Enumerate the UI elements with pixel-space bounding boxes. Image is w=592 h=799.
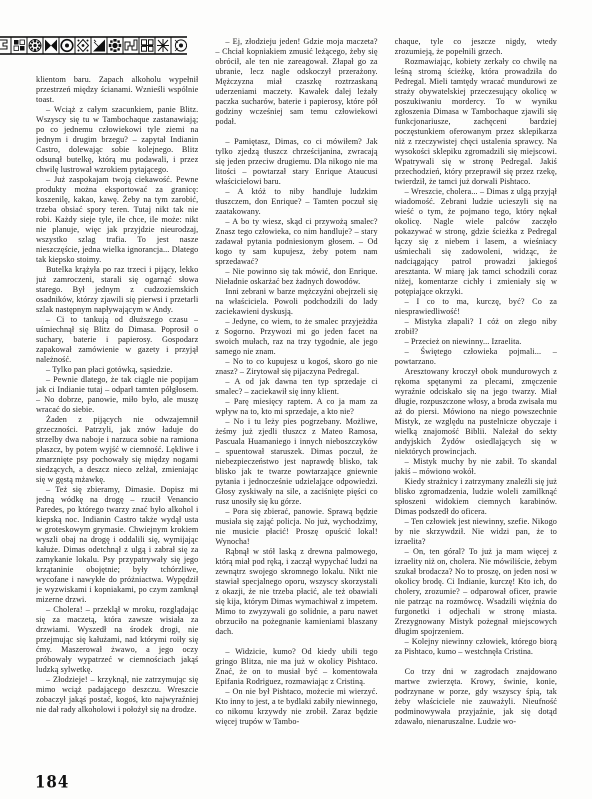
paragraph: – No i tu leży pies pogrzebany. Możliwe,… [215,417,377,507]
paragraph: – A od jak dawna ten typ sprzedaje ci sm… [215,377,377,397]
paragraph: Żaden z pijących nie odwzajemnił grzeczn… [36,415,198,485]
paragraph: – Cholera! – przeklął w mroku, rozglądaj… [36,605,198,675]
paragraph: – A bo ty wiesz, skąd ci przywożą smalec… [215,217,377,267]
paragraph: – Już zaspokajam twoją ciekawość. Pewne … [36,175,198,265]
text-columns: klientom baru. Zapach alkoholu wypełnił … [36,37,557,760]
paragraph: chaque, tyle co jeszcze nigdy, wtedy zro… [395,37,557,57]
paragraph: Butelka krążyła po raz trzeci i pijący, … [36,265,198,315]
paragraph: – Kolejny niewinny człowiek, którego bio… [395,637,557,657]
paragraph: – Złodzieje! – krzyknął, nie zatrzymując… [36,675,198,715]
paragraph: – Mistyka złapali? I cóż on złego niby z… [395,317,557,337]
paragraph: – On, ten góral? To już ja mam więcej z … [395,547,557,637]
paragraph: – Przecież on niewinny... Izraelita. [395,337,557,347]
paragraph: – Pamiętasz, Dimas, co ci mówiłem? Jak t… [215,137,377,187]
paragraph: Rąbnął w stół laską z drewna palmowego, … [215,547,377,637]
text-column-2: – Ej, złodzieju jeden! Gdzie moja maczet… [215,37,377,760]
paragraph: – Wciąż z całym szacunkiem, panie Blitz.… [36,105,198,175]
paragraph: Aresztowany kroczył obok mundurowych z r… [395,367,557,457]
book-page: klientom baru. Zapach alkoholu wypełnił … [0,0,592,799]
paragraph: – Widzicie, kumo? Od kiedy ubili tego gr… [215,647,377,687]
paragraph: Rozmawiając, kobiety zerkały co chwilę n… [395,57,557,187]
paragraph: – Nie powinno się tak mówić, don Enrique… [215,267,377,287]
paragraph: Inni zebrani w barze mężczyźni obejrzeli… [215,287,377,317]
text-column-3: chaque, tyle co jeszcze nigdy, wtedy zro… [395,37,557,760]
paragraph: Kiedy strażnicy i zatrzymany znaleźli si… [395,477,557,517]
paragraph: – No to co kupujesz u kogoś, skoro go ni… [215,357,377,377]
text-column-1: klientom baru. Zapach alkoholu wypełnił … [36,37,198,760]
paragraph: – Też się zbieramy, Dimasie. Dopisz mi j… [36,485,198,605]
paragraph: – Ci to tankują od dłuższego czasu – uśm… [36,315,198,365]
paragraph: – Tylko pan płaci gotówką, sąsiedzie. [36,365,198,375]
paragraph: – Ej, złodzieju jeden! Gdzie moja maczet… [215,37,377,127]
page-number: 184 [35,772,69,792]
paragraph: – Wreszcie, cholera... – Dimas z ulgą pr… [395,187,557,297]
paragraph: – Mistyk muchy by nie zabił. To skandal … [395,457,557,477]
paragraph: Co trzy dni w zagrodach znajdowano martw… [395,667,557,727]
paragraph: – I co to ma, kurczę, być? Co za niespra… [395,297,557,317]
paragraph: klientom baru. Zapach alkoholu wypełnił … [36,75,198,105]
paragraph: – Pora się zbierać, panowie. Sprawą będz… [215,507,377,547]
paragraph: – Pewnie dlatego, że tak ciągle nie popi… [36,375,198,415]
paragraph: – Świętego człowieka pojmali... – powtar… [395,347,557,367]
paragraph: – Parę miesięcy raptem. A co ja mam za w… [215,397,377,417]
paragraph: – A któż to niby handluje ludzkim tłuszc… [215,187,377,217]
paragraph: – Ten człowiek jest niewinny, szefie. Ni… [395,517,557,547]
paragraph: – On nie był Pishtaco, możecie mi wierzy… [215,687,377,727]
paragraph: – Jedyne, co wiem, to że smalec przyjeżd… [215,317,377,357]
